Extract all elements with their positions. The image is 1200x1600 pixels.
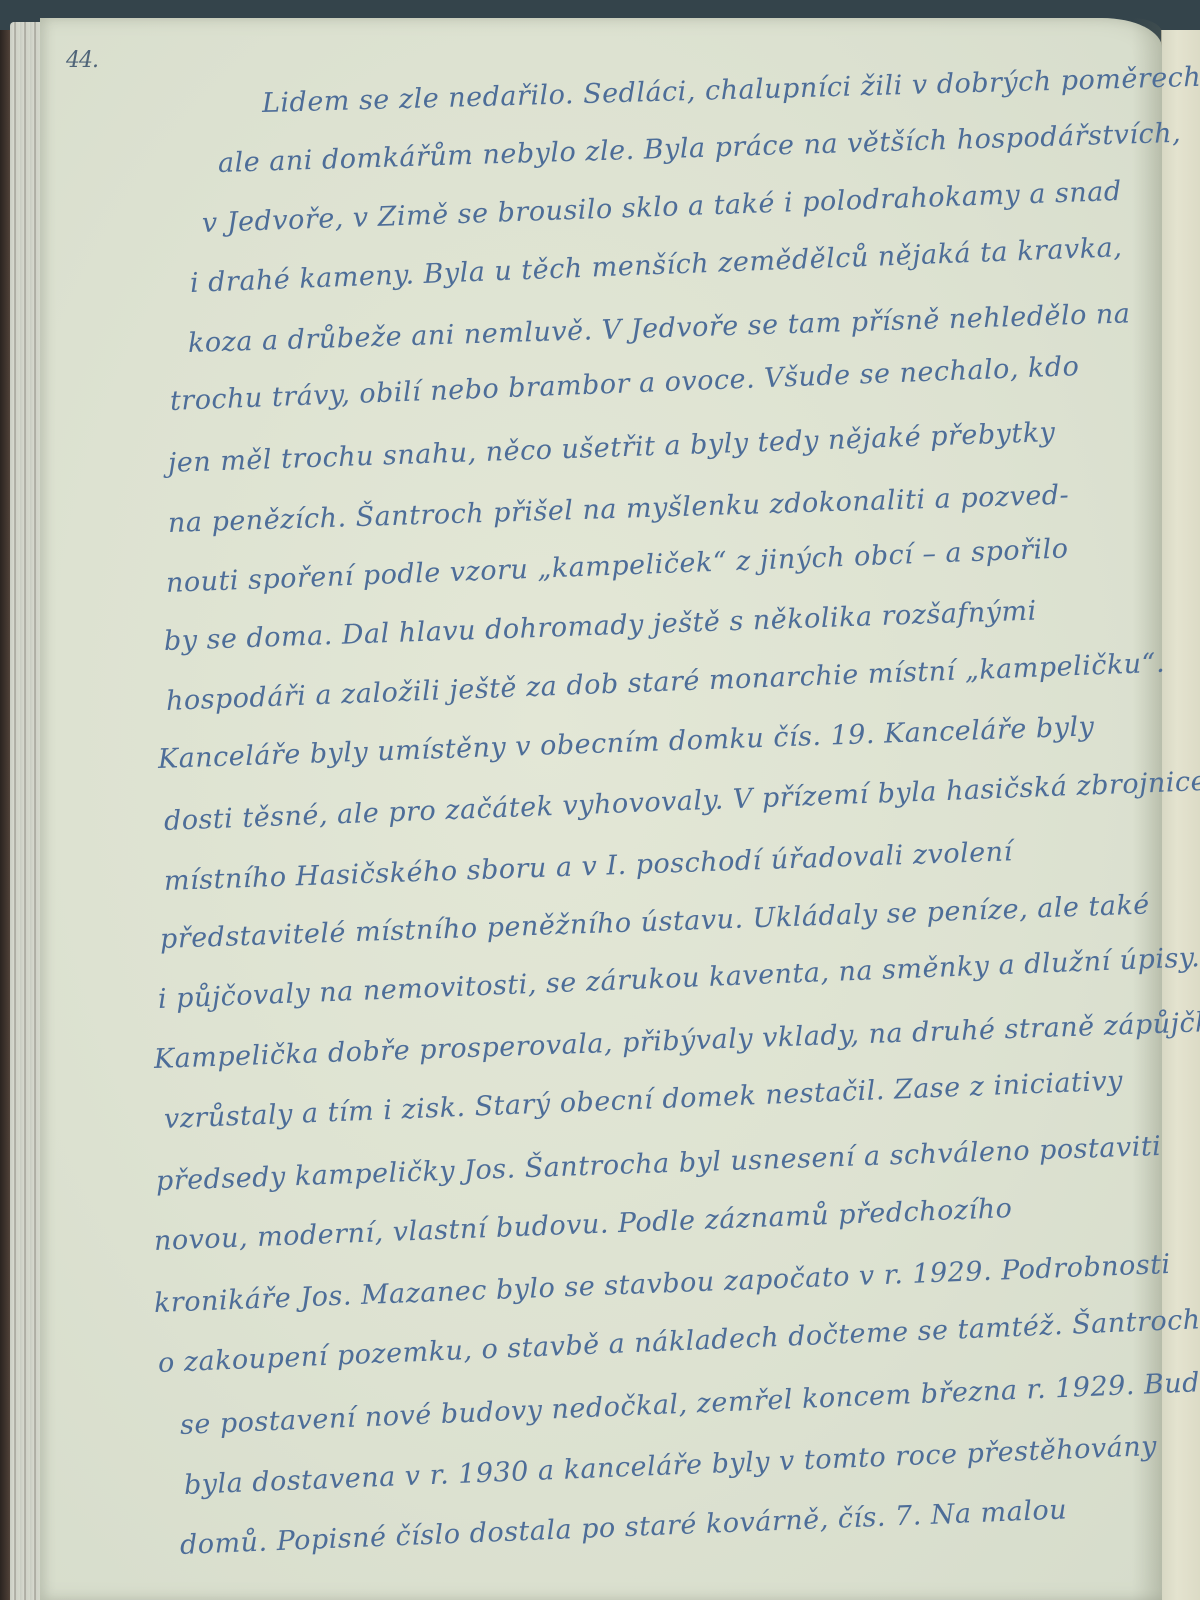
- text-line: předsedy kampeličky Jos. Šantrocha byl u…: [155, 1131, 1161, 1197]
- text-line: byla dostavena v r. 1930 a kanceláře byl…: [183, 1431, 1157, 1501]
- handwritten-text: Lidem se zle nedařilo. Sedláci, chalupní…: [40, 18, 1162, 1600]
- text-line: o zakoupení pozemku, o stavbě a nákladec…: [157, 1304, 1200, 1379]
- chronicle-page: 44. Lidem se zle nedařilo. Sedláci, chal…: [40, 18, 1162, 1600]
- text-line: představitelé místního peněžního ústavu.…: [159, 889, 1150, 955]
- book-photo: 44. Lidem se zle nedařilo. Sedláci, chal…: [0, 0, 1200, 1600]
- text-line: nouti spoření podle vzoru „kampeliček“ z…: [165, 533, 1069, 599]
- facing-page-edge: [1161, 30, 1200, 1600]
- text-line: kronikáře Jos. Mazanec bylo se stavbou z…: [153, 1249, 1171, 1319]
- text-line: hospodáři a založili ještě za dob staré …: [165, 648, 1165, 717]
- text-line: trochu trávy, obilí nebo brambor a ovoce…: [169, 351, 1080, 417]
- text-line: se postavení nové budovy nedočkal, zemře…: [179, 1365, 1200, 1441]
- page-stack-edges: [10, 22, 42, 1600]
- text-line: v Jedvoře, v Zimě se brousilo sklo a tak…: [201, 176, 1122, 239]
- text-line: místního Hasičského sboru a v I. poschod…: [163, 836, 1013, 897]
- text-line: Kampelička dobře prosperovala, přibývaly…: [153, 1007, 1200, 1075]
- text-line: jen měl trochu snahu, něco ušetřit a byl…: [167, 417, 1055, 479]
- text-line: vzrůstaly a tím i zisk. Starý obecní dom…: [163, 1065, 1123, 1134]
- text-line: i půjčovaly na nemovitosti, se zárukou k…: [157, 942, 1200, 1015]
- text-line: Kanceláře byly umístěny v obecním domku …: [157, 711, 1094, 775]
- text-line: koza a drůbeže ani nemluvě. V Jedvoře se…: [188, 298, 1131, 359]
- text-line: na penězích. Šantroch přišel na myšlenku…: [168, 480, 1070, 539]
- text-line: dosti těsné, ale pro začátek vyhovovaly.…: [163, 766, 1200, 837]
- text-line: i drahé kameny. Byla u těch menších země…: [189, 232, 1122, 299]
- text-line: Lidem se zle nedařilo. Sedláci, chalupní…: [262, 62, 1200, 119]
- text-line: ale ani domkářům nebylo zle. Byla práce …: [218, 118, 1182, 179]
- text-line: novou, moderní, vlastní budovu. Podle zá…: [153, 1193, 1012, 1257]
- text-line: by se doma. Dal hlavu dohromady ještě s …: [163, 596, 1037, 657]
- text-line: domů. Popisné číslo dostala po staré kov…: [179, 1494, 1067, 1561]
